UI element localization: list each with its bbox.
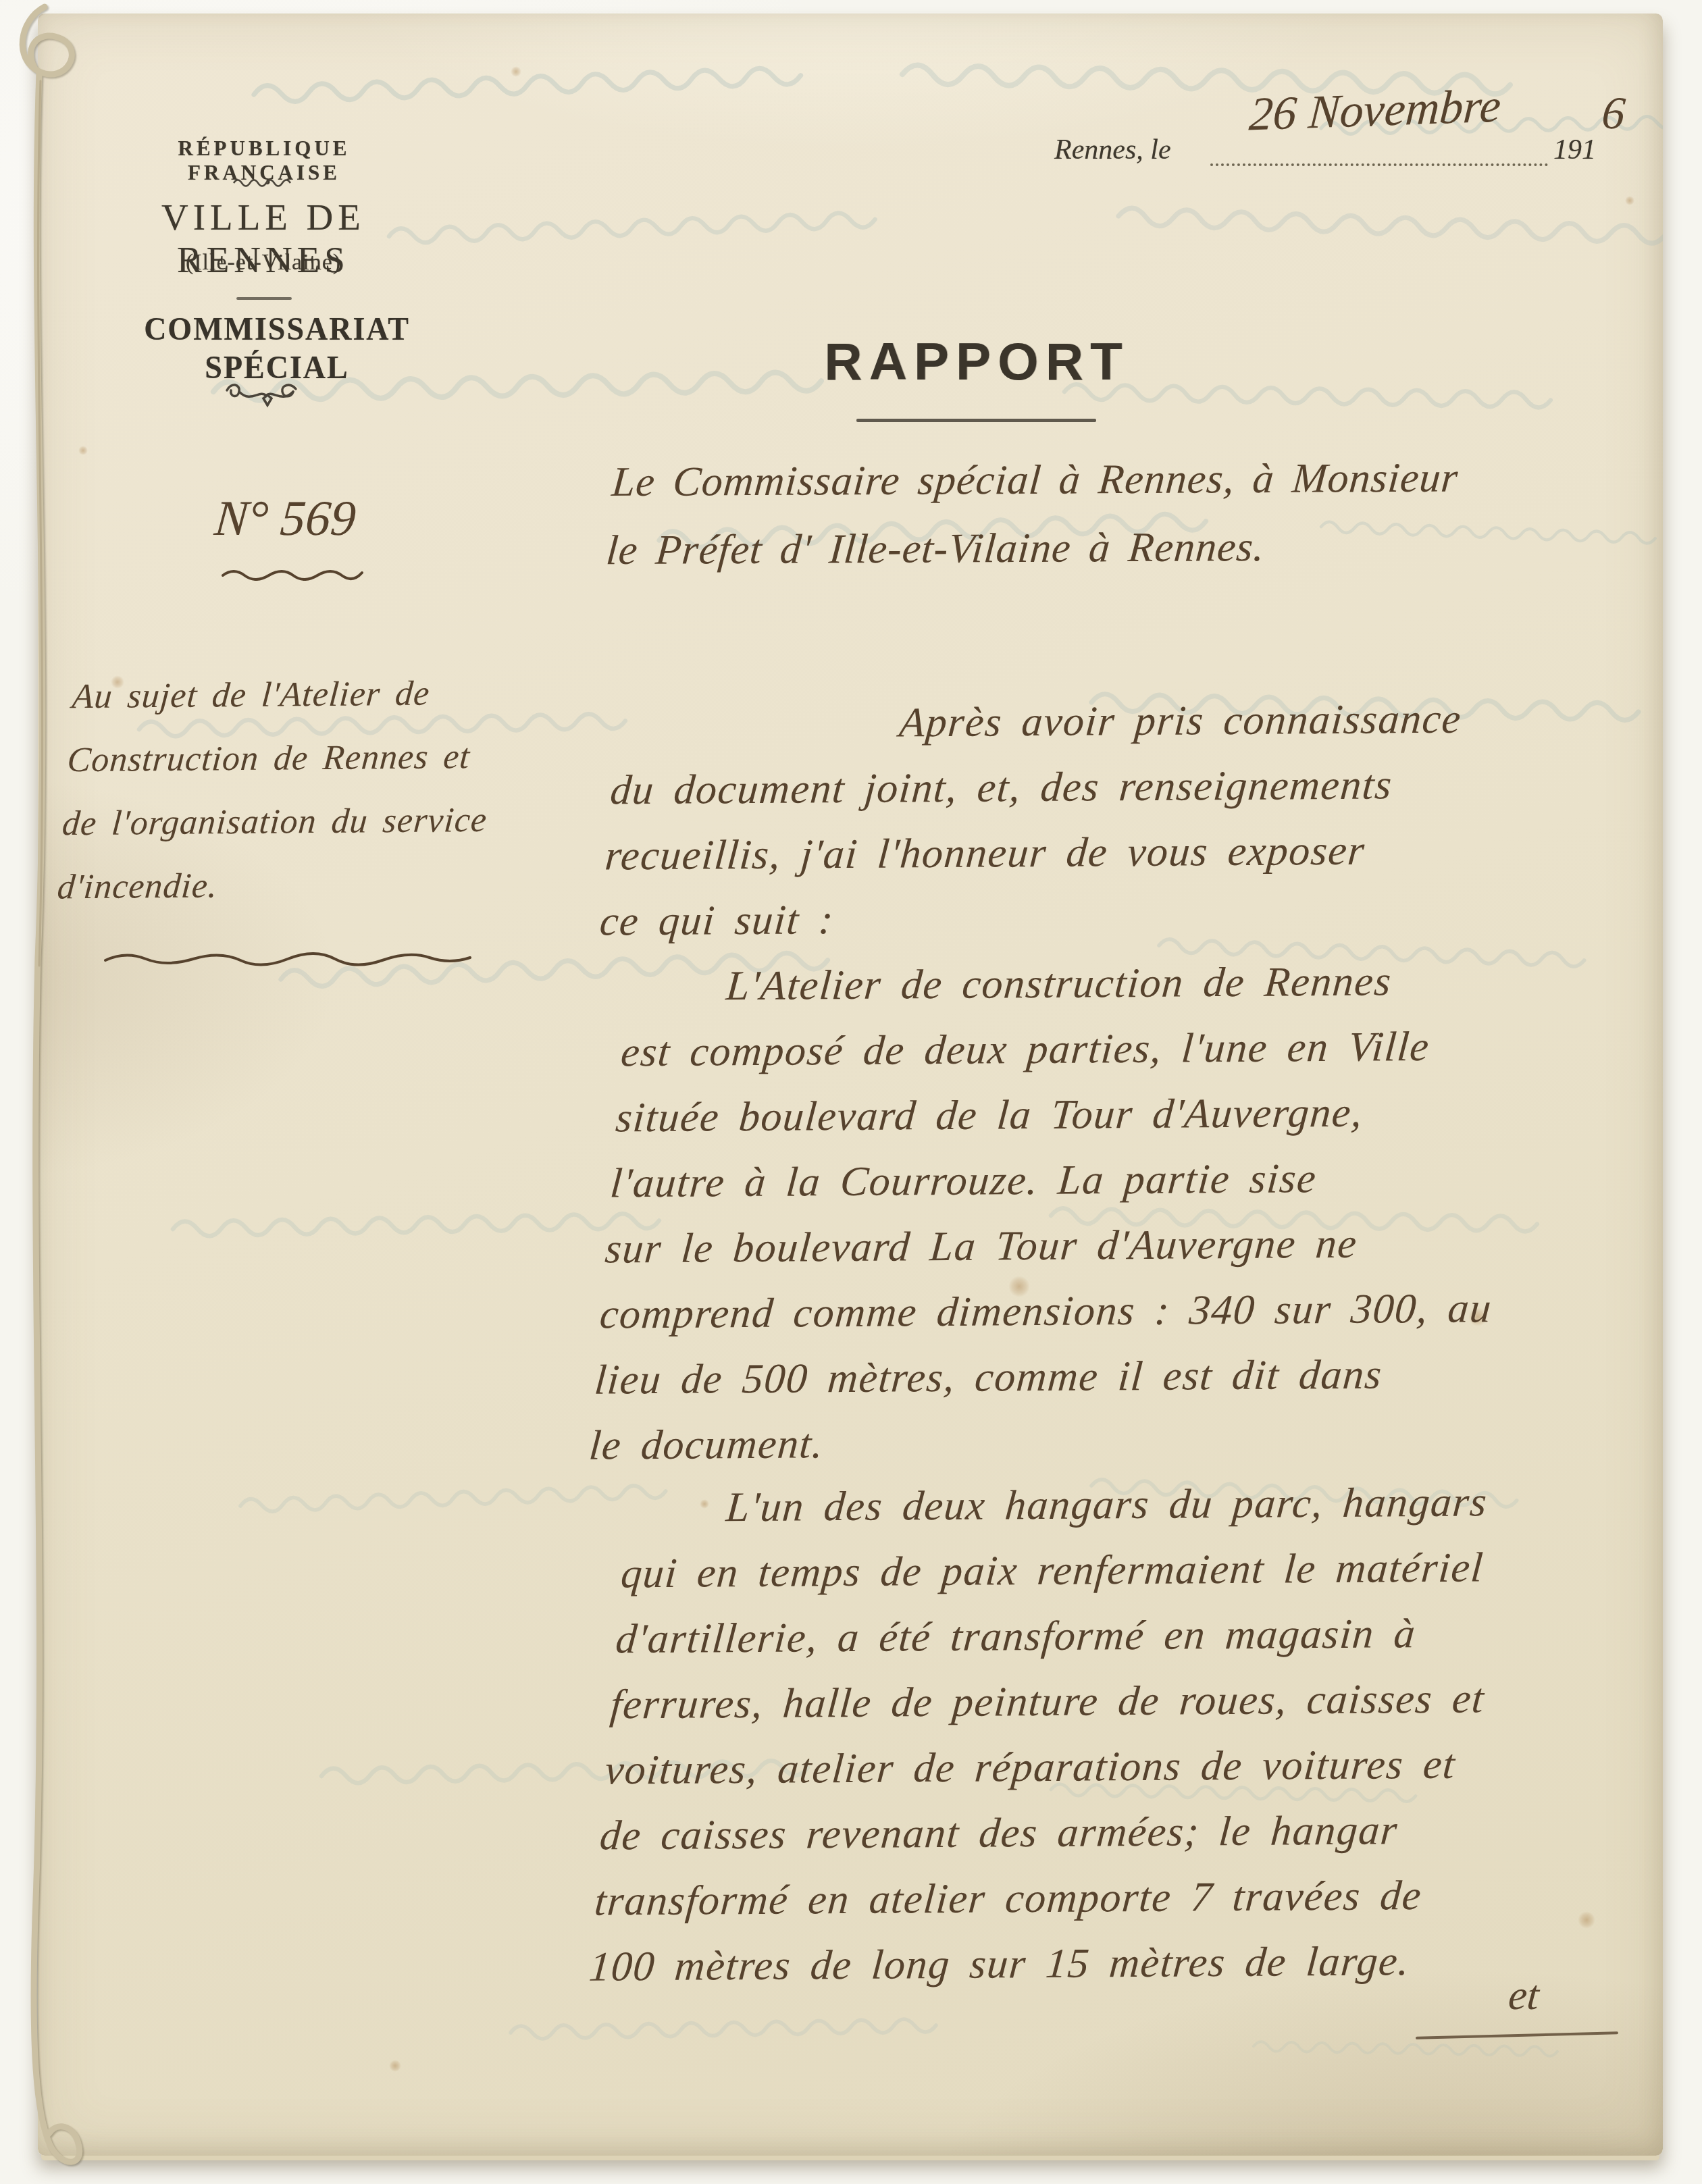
body-line: lieu de 500 mètres, comme il est dit dan… (592, 1341, 1665, 1413)
wavy-rule-icon (232, 177, 294, 188)
title-rule (856, 419, 1096, 422)
salutation: Le Commissaire spécial à Rennes, à Monsi… (604, 443, 1682, 585)
page-title: RAPPORT (781, 331, 1172, 392)
letterhead-divider (236, 297, 292, 300)
body-line: le document. (587, 1406, 1659, 1479)
body-line: l'autre à la Courrouze. La partie sise (608, 1143, 1680, 1216)
salutation-line: Le Commissaire spécial à Rennes, à Monsi… (609, 443, 1682, 517)
body-line: comprend comme dimensions : 340 sur 300,… (597, 1275, 1670, 1348)
letterhead-department: (Ille-et-Vilaine) (101, 250, 425, 276)
salutation-line: le Préfet d' Ille-et-Vilaine à Rennes. (604, 511, 1676, 585)
body-line: L'Atelier de construction de Rennes (623, 947, 1696, 1020)
letterhead-office: COMMISSARIAT SPÉCIAL (74, 310, 480, 386)
subject-line: d'incendie. (55, 852, 573, 920)
reference-underline-icon (222, 567, 365, 581)
body-line: recueillis, j'ai l'honneur de vous expos… (602, 816, 1675, 889)
body-paragraph-3: L'un des deux hangars du parc, hangars q… (587, 1468, 1696, 2000)
date-year-printed: 191 (1553, 134, 1596, 166)
body-line: transformé en atelier comporte 7 travées… (592, 1862, 1665, 1935)
body-line: L'un des deux hangars du parc, hangars (623, 1468, 1696, 1541)
body-line: sur le boulevard La Tour d'Auvergne ne (602, 1209, 1675, 1282)
subject-line: Construction de Rennes et (65, 725, 583, 793)
body-paragraph-1: Après avoir pris connaissance du documen… (597, 685, 1685, 954)
scan-background: RÉPUBLIQUE FRANÇAISE VILLE DE RENNES (Il… (0, 0, 1702, 2184)
body-line: ferrures, halle de peinture de roues, ca… (608, 1665, 1680, 1738)
catchword-underline (1416, 2031, 1618, 2039)
catchword: et (1427, 1972, 1620, 2020)
body-line: d'artillerie, a été transformé en magasi… (613, 1599, 1686, 1672)
subject-underline-icon (103, 951, 474, 967)
date-year-digit: 6 (1600, 86, 1628, 140)
body-line: de caisses revenant des armées; le hanga… (597, 1796, 1670, 1869)
subject-note: Au sujet de l'Atelier de Construction de… (55, 661, 588, 920)
subject-line: Au sujet de l'Atelier de (70, 661, 588, 729)
body-line: du document joint, et, des renseignement… (608, 750, 1680, 823)
body-line: est composé de deux parties, l'une en Vi… (619, 1012, 1691, 1085)
body-line: ce qui suit : (597, 882, 1670, 955)
body-line: qui en temps de paix renfermaient le mat… (619, 1534, 1691, 1607)
body-line: située boulevard de la Tour d'Auvergne, (613, 1078, 1686, 1151)
document-page: RÉPUBLIQUE FRANÇAISE VILLE DE RENNES (Il… (38, 14, 1663, 2156)
body-paragraph-2: L'Atelier de construction de Rennes est … (587, 947, 1696, 1478)
body-line: voitures, atelier de réparations de voit… (602, 1730, 1675, 1803)
body-line: Après avoir pris connaissance (613, 685, 1686, 758)
reference-number: N° 569 (212, 490, 358, 548)
subject-line: de l'organisation du service (60, 788, 578, 856)
date-place-label: Rennes, le (1054, 134, 1171, 166)
flourish-ornament-icon (222, 378, 311, 419)
